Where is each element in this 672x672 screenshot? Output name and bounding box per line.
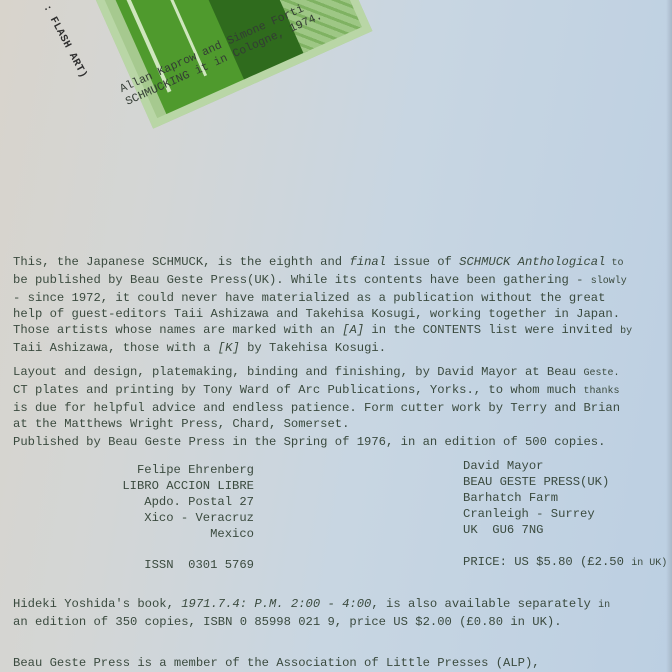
text-run: in the CONTENTS list were invited — [364, 323, 620, 337]
yoshida-paragraph: Hideki Yoshida's book, 1971.7.4: P.M. 2:… — [13, 596, 610, 630]
document-page: : FLASH ART) Allan Kaprow and Simone For… — [0, 0, 672, 672]
text-run-italic: 1971.7.4: P.M. 2:00 - 4:00 — [181, 597, 371, 611]
photo-credit: : FLASH ART) — [40, 3, 89, 81]
address-line: Apdo. Postal 27 — [144, 495, 254, 509]
text-run: CT plates and printing by Tony Ward of A… — [13, 383, 583, 397]
text-run: be published by Beau Geste Press(UK). Wh… — [13, 273, 591, 287]
text-run: help of guest-editors Taii Ashizawa and … — [13, 307, 620, 321]
publication-line: Published by Beau Geste Press in the Spr… — [13, 434, 605, 450]
text-run-italic: [A] — [342, 323, 364, 337]
price-text-small: in UK) — [631, 558, 667, 569]
address-line: Barhatch Farm — [463, 491, 558, 505]
text-run: - since 1972, it could never have materi… — [13, 291, 605, 305]
text-run-italic: [K] — [218, 341, 240, 355]
text-run: thanks — [583, 386, 619, 397]
text-run: at the Matthews Wright Press, Chard, Som… — [13, 417, 349, 431]
text-run: Geste. — [583, 368, 619, 379]
issn: ISSN 0301 5769 — [100, 557, 254, 573]
address-line: Felipe Ehrenberg — [137, 463, 254, 477]
intro-paragraph: This, the Japanese SCHMUCK, is the eight… — [13, 254, 632, 356]
credits-paragraph: Layout and design, platemaking, binding … — [13, 364, 620, 432]
address-line: LIBRO ACCION LIBRE — [122, 479, 254, 493]
page-edge-shadow — [666, 0, 672, 672]
text-run: issue of — [386, 255, 459, 269]
text-run: is due for helpful advice and endless pa… — [13, 401, 620, 415]
text-run: by — [620, 326, 632, 337]
membership-paragraph: Beau Geste Press is a member of the Asso… — [13, 655, 540, 671]
text-run-italic: final — [349, 255, 386, 269]
text-run: , is also available separately — [371, 597, 598, 611]
price-text: PRICE: US $5.80 (£2.50 — [463, 555, 631, 569]
text-run: by Takehisa Kosugi. — [240, 341, 386, 355]
address-mexico: Felipe Ehrenberg LIBRO ACCION LIBRE Apdo… — [100, 462, 254, 542]
text-run: Taii Ashizawa, those with a — [13, 341, 218, 355]
text-run-italic: SCHMUCK Anthological — [459, 255, 605, 269]
text-run: to — [605, 258, 623, 269]
text-run: Beau Geste Press is a member of the Asso… — [13, 656, 540, 670]
address-line: UK GU6 7NG — [463, 523, 543, 537]
address-line: BEAU GESTE PRESS(UK) — [463, 475, 609, 489]
address-line: Cranleigh - Surrey — [463, 507, 595, 521]
address-line: Mexico — [210, 527, 254, 541]
text-run: Those artists whose names are marked wit… — [13, 323, 342, 337]
text-run: This, the Japanese SCHMUCK, is the eight… — [13, 255, 349, 269]
text-run: an edition of 350 copies, ISBN 0 85998 0… — [13, 615, 562, 629]
text-run: Layout and design, platemaking, binding … — [13, 365, 583, 379]
text-run: slowly — [591, 276, 627, 287]
text-run: in — [598, 600, 610, 611]
price: PRICE: US $5.80 (£2.50 in UK) — [463, 554, 667, 572]
address-line: David Mayor — [463, 459, 543, 473]
address-line: Xico - Veracruz — [144, 511, 254, 525]
text-run: Hideki Yoshida's book, — [13, 597, 181, 611]
address-uk: David Mayor BEAU GESTE PRESS(UK) Barhatc… — [463, 458, 609, 538]
